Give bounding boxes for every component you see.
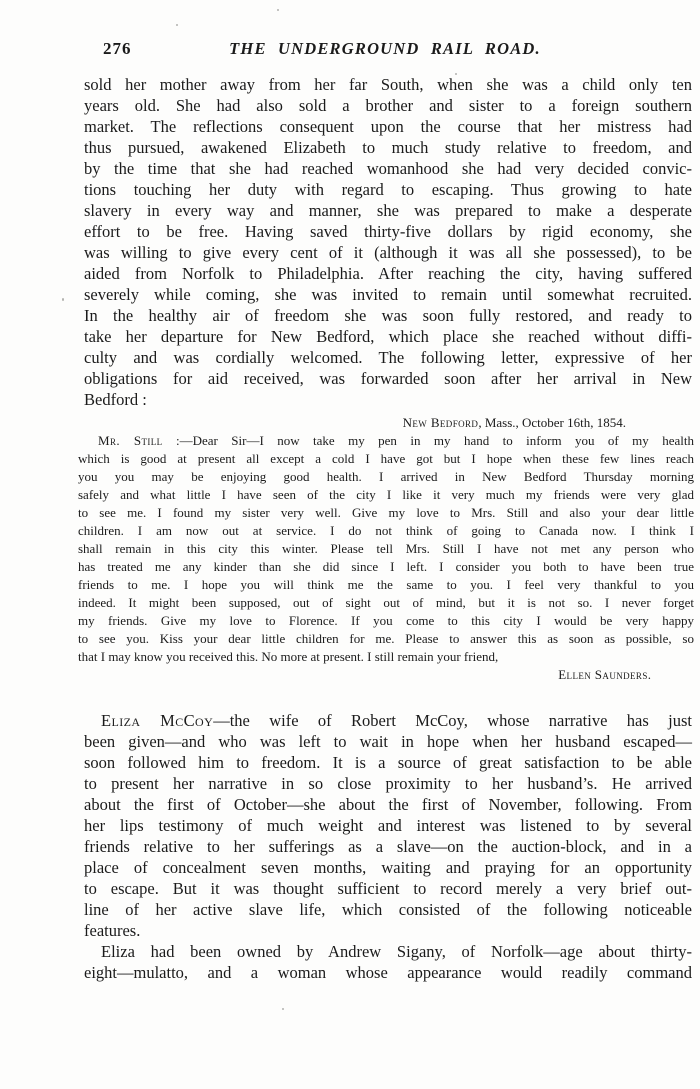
- text-line: culty and was cordially welcomed. The fo…: [84, 347, 692, 368]
- text-line: tions touching her duty with regard to e…: [84, 179, 692, 200]
- text-line: safely and what little I have seen of th…: [78, 486, 694, 504]
- scan-speck: [282, 1008, 284, 1010]
- text-line: Bedford :: [84, 389, 692, 410]
- text-line: her lips testimony of much weight and in…: [84, 815, 692, 836]
- text-line: In the healthy air of freedom she was so…: [84, 305, 692, 326]
- text-line: indeed. It might been supposed, out of s…: [78, 594, 694, 612]
- letter-body: Mr. Still :—Dear Sir—I now take my pen i…: [78, 432, 694, 666]
- text-line: shall remain in this city this winter. P…: [78, 540, 694, 558]
- text-line: eight—mulatto, and a woman whose appeara…: [84, 962, 692, 983]
- text-line: Eliza McCoy—the wife of Robert McCoy, wh…: [84, 710, 692, 731]
- text-line: aided from Norfolk to Philadelphia. Afte…: [84, 263, 692, 284]
- text-line: has treated me any kinder than she did s…: [78, 558, 694, 576]
- text-line: Mr. Still :—Dear Sir—I now take my pen i…: [78, 432, 694, 450]
- text-line: to present her narrative in so close pro…: [84, 773, 692, 794]
- text-line: obligations for aid received, was forwar…: [84, 368, 692, 389]
- text-line: about the first of October—she about the…: [84, 794, 692, 815]
- text-line: friends to me. I hope you will think me …: [78, 576, 694, 594]
- text-line: you you may be enjoying good health. I a…: [78, 468, 694, 486]
- page-body: sold her mother away from her far South,…: [84, 74, 692, 983]
- running-title: THE UNDERGROUND RAIL ROAD.: [229, 39, 541, 58]
- text-line: children. I am now out at service. I do …: [78, 522, 694, 540]
- book-page: 276 THE UNDERGROUND RAIL ROAD. sold her …: [0, 0, 700, 1089]
- letter-signature: Ellen Saunders.: [78, 666, 694, 684]
- text-line: years old. She had also sold a brother a…: [84, 95, 692, 116]
- text-line: place of concealment seven months, waiti…: [84, 857, 692, 878]
- text-line: was willing to give every cent of it (al…: [84, 242, 692, 263]
- scan-speck: [176, 24, 178, 26]
- page-header: 276 THE UNDERGROUND RAIL ROAD.: [0, 39, 700, 63]
- scan-speck: [277, 9, 279, 11]
- letter-block: New Bedford, Mass., October 16th, 1854. …: [78, 414, 694, 684]
- text-line: my friends. Give my love to Florence. If…: [78, 612, 694, 630]
- text-line: which is good at present all except a co…: [78, 450, 694, 468]
- scan-speck: [455, 73, 457, 75]
- text-line: thus pursued, awakened Elizabeth to much…: [84, 137, 692, 158]
- text-line: by the time that she had reached womanho…: [84, 158, 692, 179]
- scan-speck: [666, 190, 668, 192]
- text-line: to escape. But it was thought sufficient…: [84, 878, 692, 899]
- scan-speck: [62, 298, 64, 301]
- paragraph-eliza-mccoy: Eliza McCoy—the wife of Robert McCoy, wh…: [84, 710, 692, 941]
- text-line: severely while coming, she was invited t…: [84, 284, 692, 305]
- paragraph-narrative-continuation: sold her mother away from her far South,…: [84, 74, 692, 410]
- text-line: sold her mother away from her far South,…: [84, 74, 692, 95]
- text-line: friends relative to her sufferings as a …: [84, 836, 692, 857]
- text-line: soon followed him to freedom. It is a so…: [84, 752, 692, 773]
- text-line: market. The reflections consequent upon …: [84, 116, 692, 137]
- text-line: take her departure for New Bedford, whic…: [84, 326, 692, 347]
- running-title-wrap: THE UNDERGROUND RAIL ROAD.: [0, 39, 700, 59]
- paragraph-eliza-owned: Eliza had been owned by Andrew Sigany, o…: [84, 941, 692, 983]
- text-line: that I may know you received this. No mo…: [78, 648, 694, 666]
- text-line: features.: [84, 920, 692, 941]
- text-line: slavery in every way and manner, she was…: [84, 200, 692, 221]
- text-line: Eliza had been owned by Andrew Sigany, o…: [84, 941, 692, 962]
- text-line: effort to be free. Having saved thirty-f…: [84, 221, 692, 242]
- text-line: been given—and who was left to wait in h…: [84, 731, 692, 752]
- text-line: line of her active slave life, which con…: [84, 899, 692, 920]
- text-line: to see me. I found my sister very well. …: [78, 504, 694, 522]
- letter-dateline: New Bedford, Mass., October 16th, 1854.: [78, 414, 694, 432]
- text-line: to see you. Kiss your dear little childr…: [78, 630, 694, 648]
